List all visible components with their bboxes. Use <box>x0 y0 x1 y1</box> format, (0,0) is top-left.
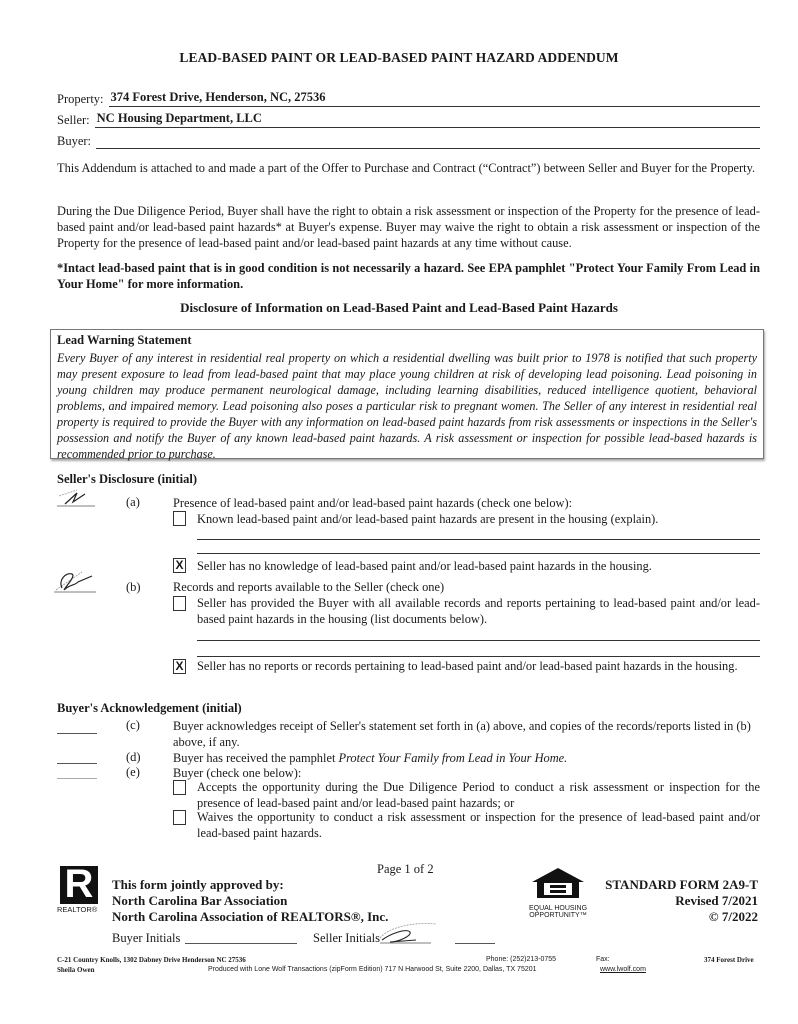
option-no-records: Seller has no reports or records pertain… <box>197 658 760 674</box>
form-title: LEAD-BASED PAINT OR LEAD-BASED PAINT HAZ… <box>0 50 798 66</box>
disclosure-heading: Disclosure of Information on Lead-Based … <box>0 300 798 316</box>
seller-initials-signature[interactable] <box>376 920 446 945</box>
signature-initials-icon <box>52 566 98 594</box>
explain-line-1[interactable] <box>197 539 760 540</box>
seller-label: Seller: <box>57 113 90 128</box>
checkbox-accepts-opportunity[interactable] <box>173 780 186 795</box>
produced-with: Produced with Lone Wolf Transactions (zi… <box>208 966 537 973</box>
realtor-logo-text: REALTOR® <box>57 905 98 914</box>
item-letter-b: (b) <box>126 580 141 595</box>
item-b-text: Records and reports available to the Sel… <box>173 579 761 595</box>
option-records-provided: Seller has provided the Buyer with all a… <box>197 595 760 627</box>
seller-field: Seller: NC Housing Department, LLC <box>57 110 760 128</box>
checkbox-no-records[interactable]: X <box>173 659 186 674</box>
realtors-association: North Carolina Association of REALTORS®,… <box>112 908 388 925</box>
form-revised: Revised 7/2021 <box>603 892 758 909</box>
property-label: Property: <box>57 92 104 107</box>
equal-housing-text-2: OPPORTUNITY™ <box>528 912 588 919</box>
explain-line-2[interactable] <box>197 553 760 554</box>
lead-warning-text: Every Buyer of any interest in residenti… <box>57 350 757 462</box>
form-copyright: © 7/2022 <box>603 908 758 925</box>
buyer-value[interactable] <box>96 132 760 149</box>
approved-by: This form jointly approved by: <box>112 876 284 893</box>
item-d-prefix: Buyer has received the pamphlet <box>173 751 339 765</box>
checkbox-known-lead-paint[interactable] <box>173 511 186 526</box>
seller-initials-b[interactable] <box>52 566 98 594</box>
item-letter-d: (d) <box>126 750 141 765</box>
equal-housing-logo: EQUAL HOUSING OPPORTUNITY™ <box>528 866 588 916</box>
buyer-initials-c[interactable] <box>57 733 97 734</box>
seller-initials-label: Seller Initials <box>313 931 380 946</box>
equal-housing-house-icon <box>528 866 588 900</box>
signature-initials-icon <box>55 488 97 508</box>
buyer-initials-d[interactable] <box>57 763 97 764</box>
seller-value[interactable]: NC Housing Department, LLC <box>95 111 760 128</box>
website-link[interactable]: www.lwolf.com <box>600 966 646 973</box>
buyer-label: Buyer: <box>57 134 91 149</box>
signature-initials-icon <box>376 920 446 945</box>
option-accepts-opportunity: Accepts the opportunity during the Due D… <box>197 779 760 811</box>
agent-name: Sheila Owen <box>57 966 95 974</box>
item-d-text: Buyer has received the pamphlet Protect … <box>173 750 761 766</box>
bar-association: North Carolina Bar Association <box>112 892 287 909</box>
file-name: 374 Forest Drive <box>704 956 754 964</box>
fax-label: Fax: <box>596 956 610 963</box>
property-field: Property: 374 Forest Drive, Henderson, N… <box>57 89 760 107</box>
pamphlet-title: Protect Your Family from Lead in Your Ho… <box>339 751 568 765</box>
option-no-knowledge: Seller has no knowledge of lead-based pa… <box>197 558 761 574</box>
due-diligence-paragraph: During the Due Diligence Period, Buyer s… <box>57 203 760 251</box>
seller-initials-line-2[interactable] <box>455 943 495 944</box>
buyer-field: Buyer: <box>57 131 760 149</box>
documents-line-2[interactable] <box>197 656 760 657</box>
intro-paragraph: This Addendum is attached to and made a … <box>57 160 760 176</box>
buyer-acknowledgement-heading: Buyer's Acknowledgement (initial) <box>57 701 242 716</box>
intact-paint-note: *Intact lead-based paint that is in good… <box>57 260 760 292</box>
documents-line-1[interactable] <box>197 640 760 641</box>
item-letter-a: (a) <box>126 495 140 510</box>
form-name: STANDARD FORM 2A9-T <box>603 876 758 893</box>
seller-disclosure-heading: Seller's Disclosure (initial) <box>57 472 197 487</box>
seller-initials-a[interactable] <box>55 488 97 508</box>
page-number: Page 1 of 2 <box>377 862 434 877</box>
office-line: C-21 Country Knolls, 1302 Dabney Drive H… <box>57 956 246 964</box>
option-waives-opportunity: Waives the opportunity to conduct a risk… <box>197 809 760 841</box>
item-a-text: Presence of lead-based paint and/or lead… <box>173 495 761 511</box>
item-c-text: Buyer acknowledges receipt of Seller's s… <box>173 718 761 750</box>
lead-warning-title: Lead Warning Statement <box>57 333 192 348</box>
lead-warning-box: Lead Warning Statement Every Buyer of an… <box>50 329 764 459</box>
buyer-initials-line[interactable] <box>185 943 297 944</box>
buyer-initials-e[interactable] <box>57 778 97 779</box>
checkbox-records-provided[interactable] <box>173 596 186 611</box>
phone-number: Phone: (252)213-0755 <box>486 956 556 963</box>
option-known-lead-paint: Known lead-based paint and/or lead-based… <box>197 511 761 527</box>
item-letter-c: (c) <box>126 718 140 733</box>
item-letter-e: (e) <box>126 765 140 780</box>
realtor-r-icon: R <box>60 866 98 904</box>
property-value[interactable]: 374 Forest Drive, Henderson, NC, 27536 <box>109 90 760 107</box>
realtor-logo: R REALTOR® <box>60 866 98 914</box>
equal-housing-text-1: EQUAL HOUSING <box>528 905 588 912</box>
checkbox-waives-opportunity[interactable] <box>173 810 186 825</box>
buyer-initials-label: Buyer Initials <box>112 931 180 946</box>
checkbox-no-knowledge[interactable]: X <box>173 558 186 573</box>
